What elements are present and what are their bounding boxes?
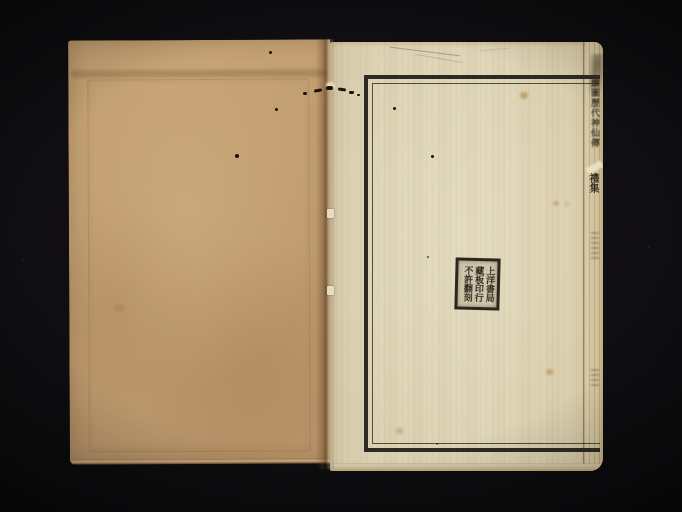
foxing-stain — [546, 369, 553, 375]
photograph-background: 上洋書局 藏板印行 不許翻刻 繪圖歷代神仙傳 禮集 — [0, 0, 682, 512]
worm-mark — [349, 91, 354, 94]
worm-hole — [275, 108, 278, 111]
dust-speck — [648, 246, 650, 248]
worm-mark — [357, 94, 360, 96]
gutter-fold — [316, 39, 334, 469]
dust-speck — [22, 259, 24, 261]
worm-hole — [269, 51, 272, 54]
worm-hole — [427, 256, 429, 258]
foxing-stain — [396, 428, 403, 434]
left-page-crease-band — [71, 69, 326, 77]
worm-hole — [431, 155, 434, 158]
embossed-frame-impression — [87, 79, 311, 453]
left-page-bottom-edge — [72, 458, 330, 464]
binding-tab — [327, 286, 334, 295]
left-page — [68, 39, 332, 464]
worm-mark — [303, 92, 307, 95]
fore-edge-faint-marks — [591, 232, 599, 260]
worm-hole — [235, 154, 239, 158]
seal-column: 上洋書局 — [483, 266, 495, 302]
binding-tab — [327, 209, 334, 218]
right-page: 上洋書局 藏板印行 不許翻刻 繪圖歷代神仙傳 禮集 — [330, 42, 603, 471]
publisher-seal: 上洋書局 藏板印行 不許翻刻 — [454, 257, 500, 310]
worm-hole — [436, 443, 438, 445]
page-stack-bottom-edge — [334, 463, 601, 471]
fore-edge-ink-smudge — [589, 54, 603, 90]
surface-scratch — [480, 48, 510, 52]
foxing-stain — [114, 304, 125, 312]
worm-hole — [393, 107, 396, 110]
foxing-stain — [553, 201, 559, 206]
foxing-stain — [520, 92, 528, 99]
fore-edge-volume-label: 禮集 — [586, 173, 599, 193]
foxing-stain — [565, 202, 569, 206]
fore-edge-faint-marks — [591, 369, 599, 389]
worm-mark — [326, 86, 333, 90]
